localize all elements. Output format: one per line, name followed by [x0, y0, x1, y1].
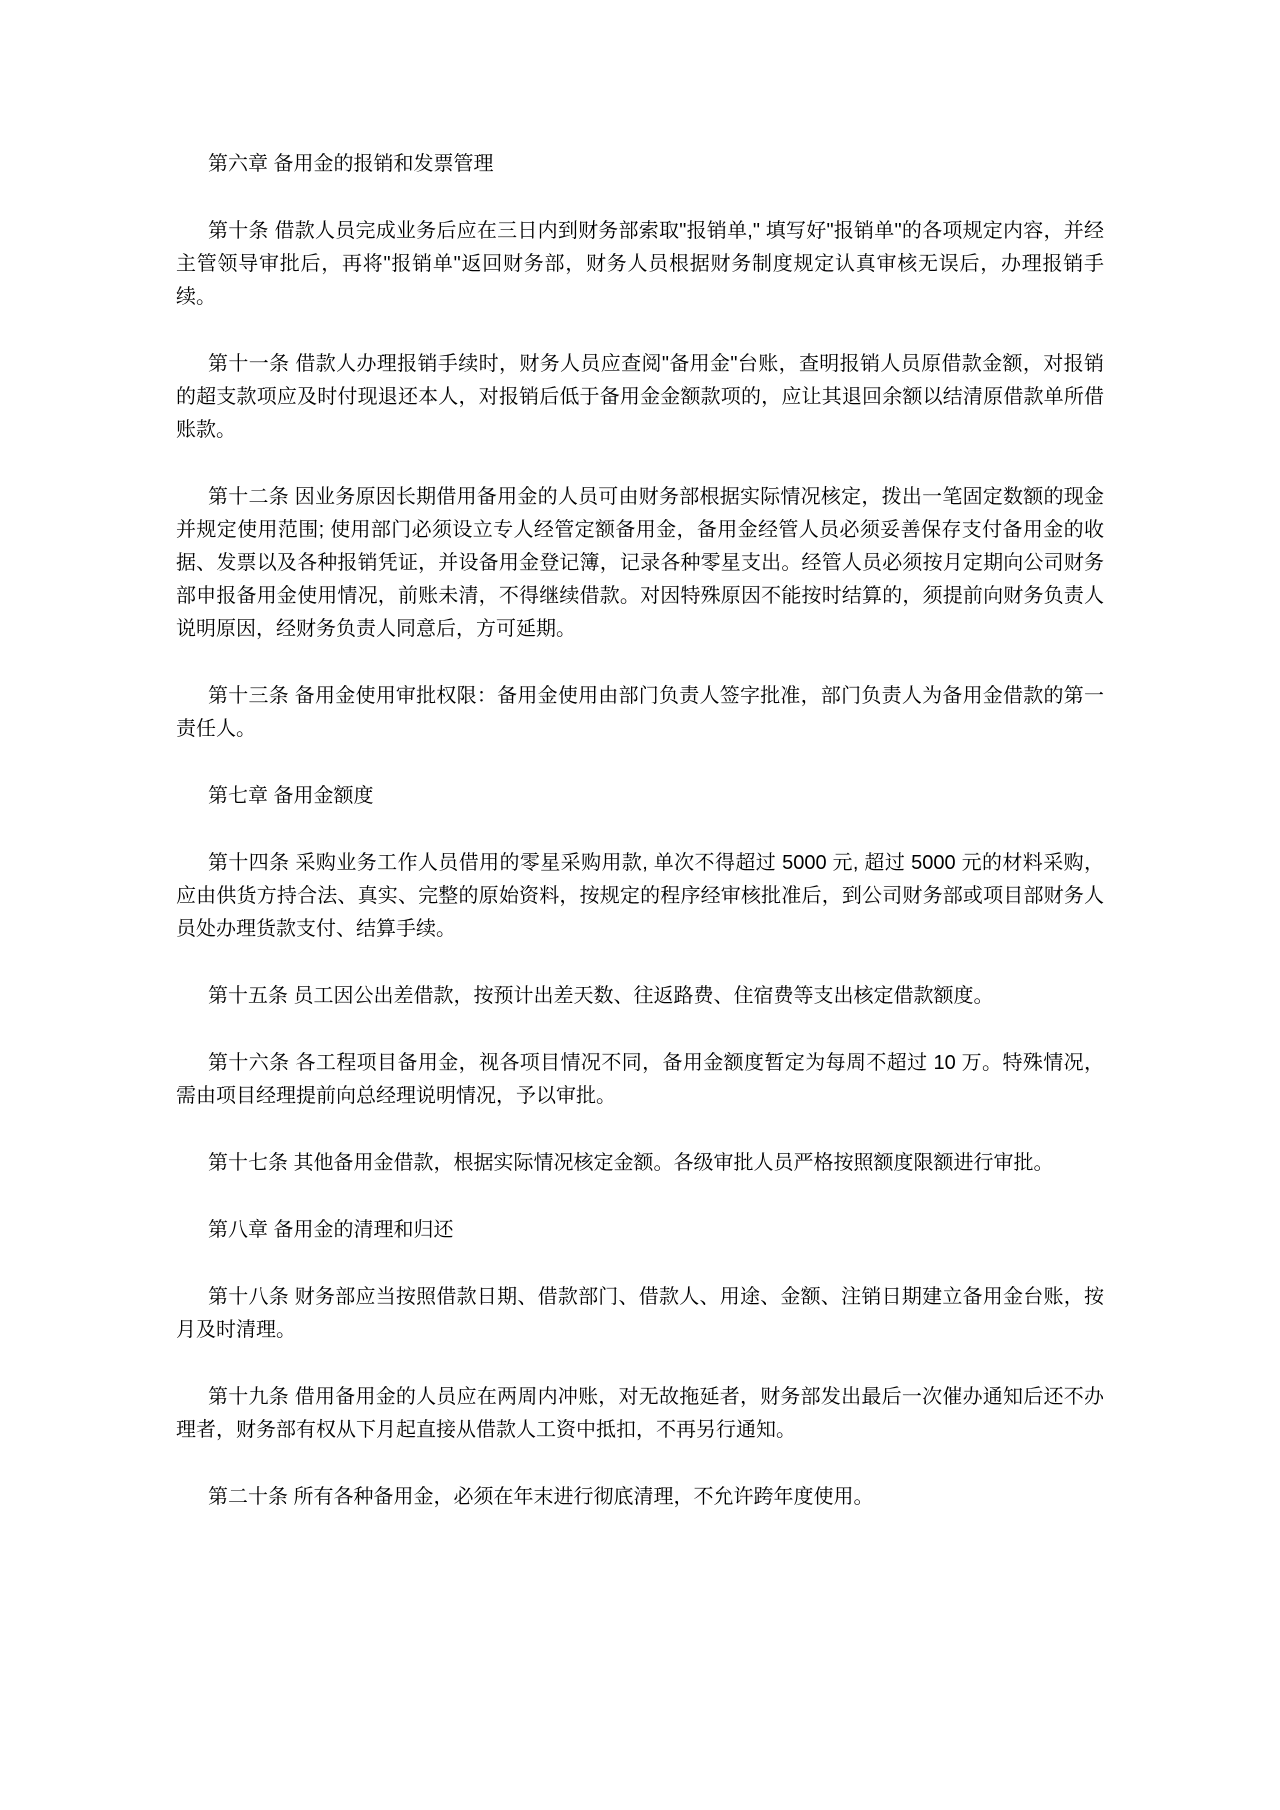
article-14: 第十四条 采购业务工作人员借用的零星采购用款, 单次不得超过 5000 元, 超…: [176, 847, 1104, 946]
article-13: 第十三条 备用金使用审批权限：备用金使用由部门负责人签字批准，部门负责人为备用金…: [176, 680, 1104, 746]
article-16: 第十六条 各工程项目备用金，视各项目情况不同，备用金额度暂定为每周不超过 10 …: [176, 1047, 1104, 1113]
document-page: 第六章 备用金的报销和发票管理 第十条 借款人员完成业务后应在三日内到财务部索取…: [0, 0, 1280, 1810]
article-12: 第十二条 因业务原因长期借用备用金的人员可由财务部根据实际情况核定，拨出一笔固定…: [176, 481, 1104, 646]
article-15: 第十五条 员工因公出差借款，按预计出差天数、往返路费、住宿费等支出核定借款额度。: [176, 980, 1104, 1013]
article-19: 第十九条 借用备用金的人员应在两周内冲账，对无故拖延者，财务部发出最后一次催办通…: [176, 1381, 1104, 1447]
chapter-7-heading: 第七章 备用金额度: [176, 780, 1104, 813]
article-17: 第十七条 其他备用金借款，根据实际情况核定金额。各级审批人员严格按照额度限额进行…: [176, 1147, 1104, 1180]
chapter-8-heading: 第八章 备用金的清理和归还: [176, 1214, 1104, 1247]
article-18: 第十八条 财务部应当按照借款日期、借款部门、借款人、用途、金额、注销日期建立备用…: [176, 1281, 1104, 1347]
chapter-6-heading: 第六章 备用金的报销和发票管理: [176, 148, 1104, 181]
article-10: 第十条 借款人员完成业务后应在三日内到财务部索取"报销单," 填写好"报销单"的…: [176, 215, 1104, 314]
article-11: 第十一条 借款人办理报销手续时，财务人员应查阅"备用金"台账，查明报销人员原借款…: [176, 348, 1104, 447]
article-20: 第二十条 所有各种备用金，必须在年末进行彻底清理，不允许跨年度使用。: [176, 1481, 1104, 1514]
